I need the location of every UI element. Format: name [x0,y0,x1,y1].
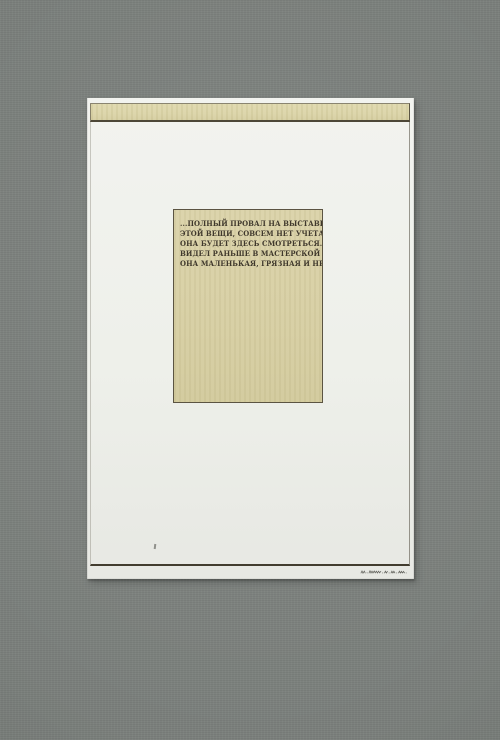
caption-line: ...ПОЛНЫЙ ПРОВАЛ НА ВЫСТАВКЕ [180,219,313,229]
top-band [90,103,410,122]
caption-line: ОНА БУДЕТ ЗДЕСЬ СМОТРЕТЬСЯ... Я ЕЁ [180,239,313,249]
caption-line: ОНА МАЛЕНЬКАЯ, ГРЯЗНАЯ И НЕЛЕПАЯ. [180,259,313,269]
artist-signature-scribble [360,567,408,576]
caption-line: ВИДЕЛ РАНЬШЕ В МАСТЕРСКОЙ - ЗДЕСЬ [180,249,313,259]
caption-line: ЭТОЙ ВЕЩИ, СОВСЕМ НЕТ УЧЕТА, КАК [180,229,313,239]
caption-card: ...ПОЛНЫЙ ПРОВАЛ НА ВЫСТАВКЕ ЭТОЙ ВЕЩИ, … [173,209,323,403]
paper-sheet: ...ПОЛНЫЙ ПРОВАЛ НА ВЫСТАВКЕ ЭТОЙ ВЕЩИ, … [87,98,414,579]
artwork-photo-mat: ...ПОЛНЫЙ ПРОВАЛ НА ВЫСТАВКЕ ЭТОЙ ВЕЩИ, … [0,0,500,740]
